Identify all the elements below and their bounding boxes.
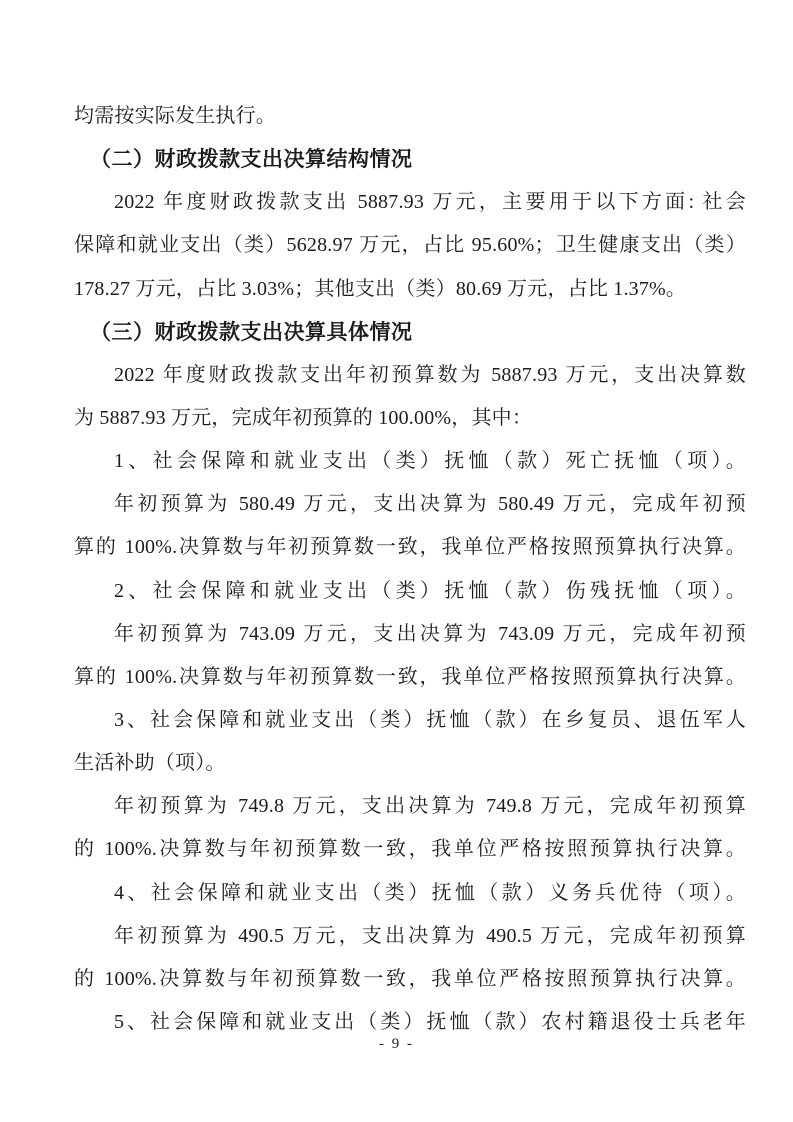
text-line: 178.27 万元，占比 3.03%；其他支出（类）80.69 万元，占比 1.… (74, 268, 746, 311)
text-line: 4、社会保障和就业支出（类）抚恤（款）义务兵优待（项）。 (74, 872, 746, 915)
text-line: 算的 100%.决算数与年初预算数一致，我单位严格按照预算执行决算。 (74, 656, 746, 699)
section-heading: （三）财政拨款支出决算具体情况 (74, 311, 746, 354)
text-line: 算的 100%.决算数与年初预算数一致，我单位严格按照预算执行决算。 (74, 526, 746, 569)
text-line: 均需按实际发生执行。 (74, 95, 746, 138)
document-body: 均需按实际发生执行。（二）财政拨款支出决算结构情况2022 年度财政拨款支出 5… (74, 95, 746, 1044)
page-number: - 9 - (0, 1036, 793, 1053)
text-line: 年初预算为 490.5 万元，支出决算为 490.5 万元，完成年初预算 (74, 915, 746, 958)
text-line: 年初预算为 743.09 万元，支出决算为 743.09 万元，完成年初预 (74, 613, 746, 656)
text-line: 为 5887.93 万元，完成年初预算的 100.00%，其中： (74, 397, 746, 440)
text-line: 年初预算为 749.8 万元，支出决算为 749.8 万元，完成年初预算 (74, 785, 746, 828)
text-line: 2、社会保障和就业支出（类）抚恤（款）伤残抚恤（项）。 (74, 570, 746, 613)
document-page: 均需按实际发生执行。（二）财政拨款支出决算结构情况2022 年度财政拨款支出 5… (0, 0, 793, 1122)
text-line: 的 100%.决算数与年初预算数一致，我单位严格按照预算执行决算。 (74, 828, 746, 871)
text-line: 生活补助（项）。 (74, 742, 746, 785)
text-line: 年初预算为 580.49 万元，支出决算为 580.49 万元，完成年初预 (74, 483, 746, 526)
text-line: 1、社会保障和就业支出（类）抚恤（款）死亡抚恤（项）。 (74, 440, 746, 483)
section-heading: （二）财政拨款支出决算结构情况 (74, 138, 746, 181)
text-line: 3、社会保障和就业支出（类）抚恤（款）在乡复员、退伍军人 (74, 699, 746, 742)
text-line: 保障和就业支出（类）5628.97 万元，占比 95.60%；卫生健康支出（类） (74, 224, 746, 267)
text-line: 的 100%.决算数与年初预算数一致，我单位严格按照预算执行决算。 (74, 958, 746, 1001)
text-line: 2022 年度财政拨款支出 5887.93 万元，主要用于以下方面: 社会 (74, 181, 746, 224)
text-line: 2022 年度财政拨款支出年初预算数为 5887.93 万元，支出决算数 (74, 354, 746, 397)
